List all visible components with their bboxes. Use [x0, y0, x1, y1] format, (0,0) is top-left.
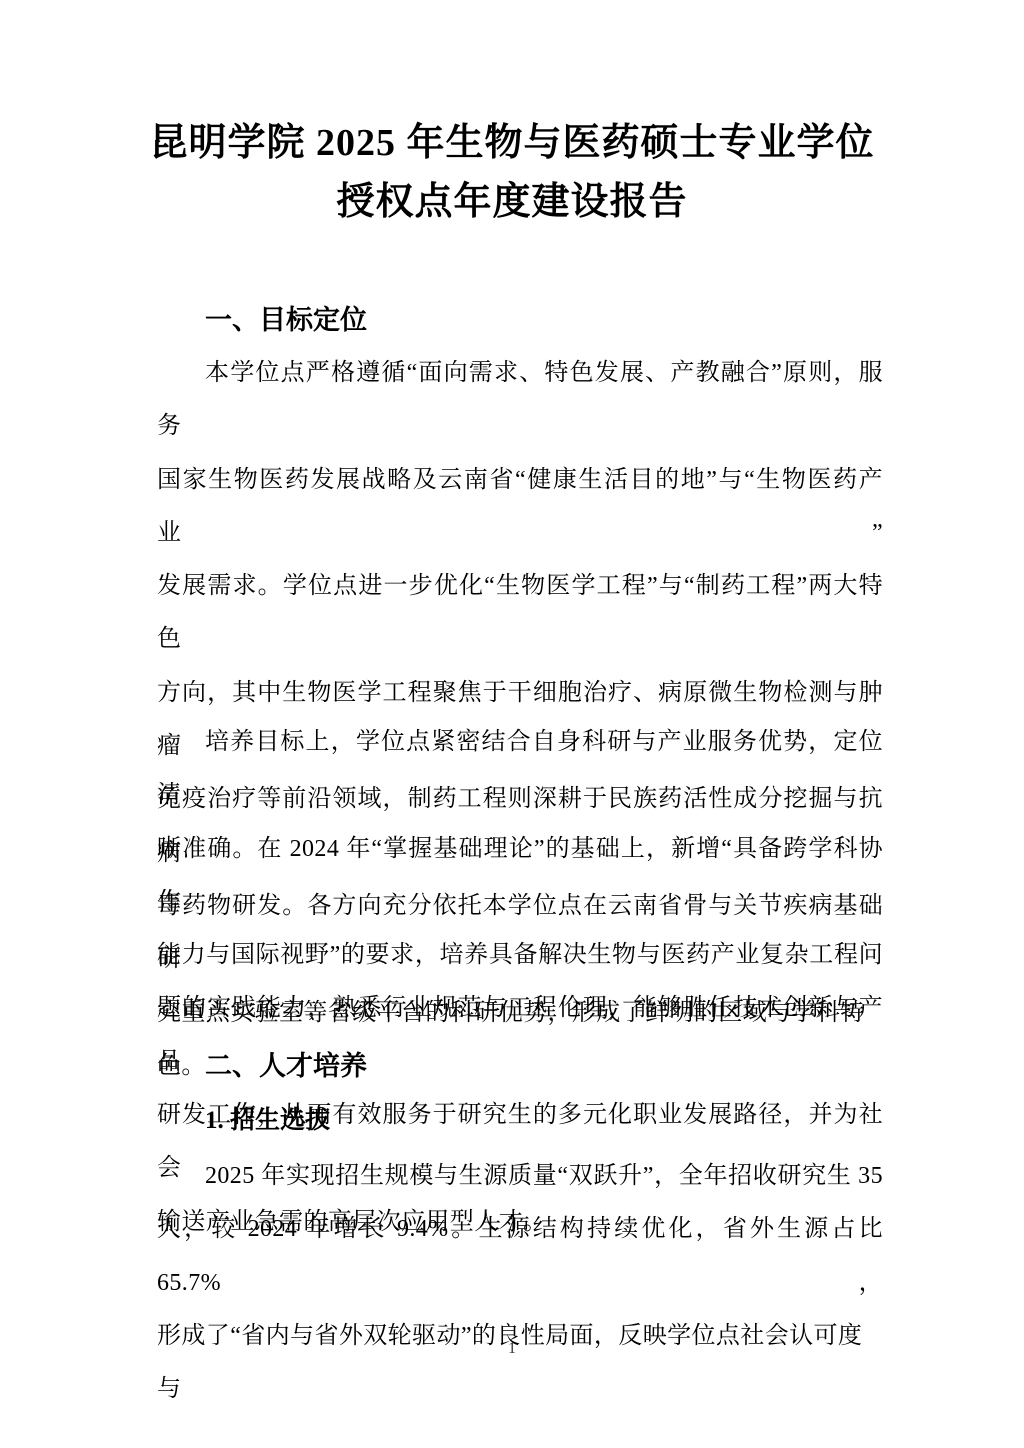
section-heading-2-talent-cultivation: 二、人才培养 [205, 1046, 367, 1086]
document-page: 昆明学院 2025 年生物与医药硕士专业学位 授权点年度建设报告 一、目标定位 … [0, 0, 1024, 1448]
section-heading-1-goal-positioning: 一、目标定位 [205, 300, 367, 340]
title-line-1: 昆明学院 2025 年生物与医药硕士专业学位 [0, 114, 1024, 173]
page-number: 1 [0, 1340, 1024, 1358]
paragraph-2-line-2: 晰准确。在 2024 年“掌握基础理论”的基础上，新增“具备跨学科协作 [157, 823, 883, 930]
paragraph-1-line-1: 本学位点严格遵循“面向需求、特色发展、产教融合”原则，服务 [157, 347, 883, 454]
paragraph-2-line-3: 能力与国际视野”的要求，培养具备解决生物与医药产业复杂工程问 [157, 929, 883, 982]
paragraph-1-line-2: 国家生物医药发展战略及云南省“健康生活目的地”与“生物医药产业” [157, 454, 883, 561]
paragraph-3-line-2: 人，较 2024 年增长 9.4%。生源结构持续优化，省外生源占比 65.7%， [157, 1203, 883, 1310]
title-line-2: 授权点年度建设报告 [0, 173, 1024, 232]
paragraph-1-line-3: 发展需求。学位点进一步优化“生物医学工程”与“制药工程”两大特色 [157, 560, 883, 667]
paragraph-3-line-1: 2025 年实现招生规模与生源质量“双跃升”，全年招收研究生 35 [157, 1150, 883, 1203]
paragraph-2-line-1: 培养目标上，学位点紧密结合自身科研与产业服务优势，定位清 [157, 716, 883, 823]
paragraph-3: 2025 年实现招生规模与生源质量“双跃升”，全年招收研究生 35 人，较 20… [157, 1150, 883, 1416]
document-title: 昆明学院 2025 年生物与医药硕士专业学位 授权点年度建设报告 [0, 114, 1024, 232]
subheading-1-admissions-selection: 1. 招生选拔 [205, 1102, 330, 1140]
paragraph-3-line-3: 形成了“省内与省外双轮驱动”的良性局面，反映学位点社会认可度与 [157, 1310, 883, 1417]
